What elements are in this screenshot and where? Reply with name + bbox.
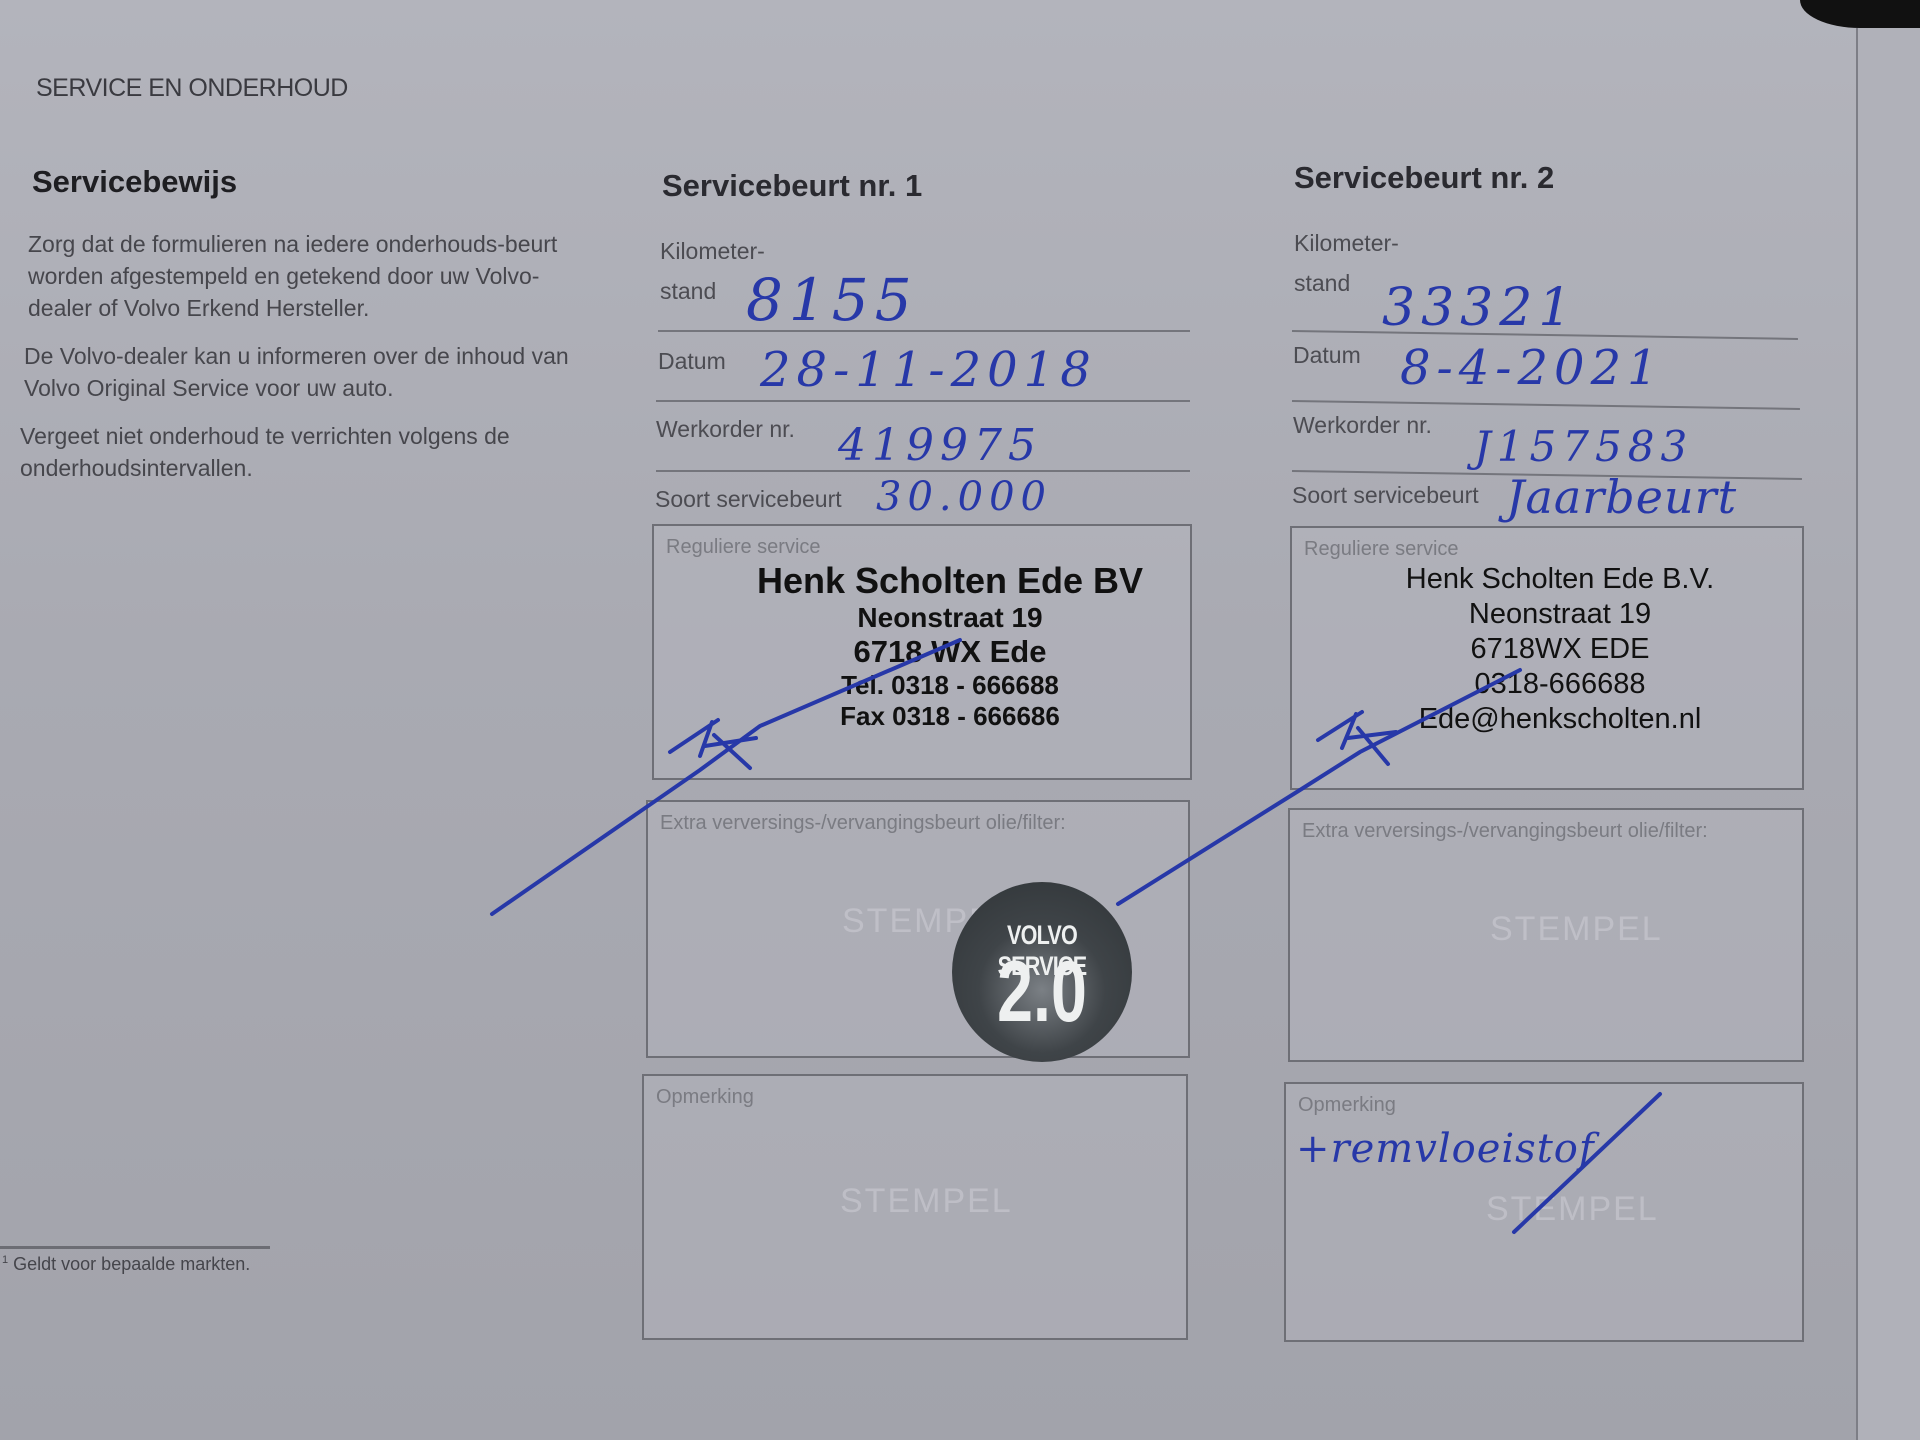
service-2-date[interactable]: 8-4-2021: [1400, 340, 1664, 396]
intro-title: Servicebewijs: [32, 164, 237, 200]
regular-service-label: Reguliere service: [666, 536, 821, 559]
service-2-km-label-1: Kilometer-: [1294, 230, 1399, 257]
service-2-mileage[interactable]: 33321: [1382, 278, 1577, 338]
service-1-dealer-stamp: Henk Scholten Ede BV Neonstraat 19 6718 …: [700, 560, 1200, 732]
service-2-workorder[interactable]: J157583: [1474, 422, 1693, 471]
dealer-email: Ede@henkscholten.nl: [1310, 702, 1810, 737]
dealer-city: 6718 WX Ede: [700, 634, 1200, 670]
footnote-divider: [0, 1246, 270, 1249]
badge-line-2: 2.0: [975, 944, 1110, 1040]
intro-paragraph-2: De Volvo-dealer kan u informeren over de…: [24, 340, 594, 404]
regular-service-label: Reguliere service: [1304, 538, 1459, 561]
service-1-mileage[interactable]: 8155: [746, 266, 918, 334]
service-2-remark[interactable]: +remvloeistof: [1296, 1126, 1595, 1172]
service-2-date-label: Datum: [1293, 342, 1361, 369]
dealer-phone: Tel. 0318 - 666688: [700, 670, 1200, 701]
stamp-placeholder: STEMPEL: [1490, 910, 1663, 949]
footnote: 1 Geldt voor bepaalde markten.: [2, 1254, 250, 1275]
service-1-workorder[interactable]: 419975: [838, 420, 1042, 471]
service-2-remark-box[interactable]: Opmerking STEMPEL: [1284, 1082, 1804, 1342]
volvo-service-badge: VOLVO SERVICE 2.0: [952, 882, 1132, 1062]
dealer-city: 6718WX EDE: [1310, 632, 1810, 667]
service-1-km-label-1: Kilometer-: [660, 238, 765, 265]
section-header: SERVICE EN ONDERHOUD: [36, 74, 348, 103]
service-2-extra-box[interactable]: Extra verversings-/vervangingsbeurt olie…: [1288, 808, 1804, 1062]
remark-label: Opmerking: [1298, 1094, 1396, 1117]
service-2-km-label-2: stand: [1294, 270, 1350, 297]
footnote-text: Geldt voor bepaalde markten.: [13, 1254, 250, 1274]
dealer-fax: Fax 0318 - 666686: [700, 701, 1200, 732]
dealer-street: Neonstraat 19: [1310, 597, 1810, 632]
stamp-placeholder: STEMPEL: [1486, 1190, 1659, 1229]
service-1-workorder-label: Werkorder nr.: [656, 416, 795, 443]
service-2-dealer-stamp: Henk Scholten Ede B.V. Neonstraat 19 671…: [1310, 562, 1810, 737]
service-2-type-label: Soort servicebeurt: [1292, 482, 1479, 509]
service-2-title: Servicebeurt nr. 2: [1294, 160, 1554, 196]
divider: [656, 400, 1190, 402]
dealer-name: Henk Scholten Ede BV: [700, 560, 1200, 602]
service-2-workorder-label: Werkorder nr.: [1293, 412, 1432, 439]
service-2-type[interactable]: Jaarbeurt: [1506, 470, 1737, 524]
divider: [658, 330, 1190, 332]
dealer-name: Henk Scholten Ede B.V.: [1310, 562, 1810, 597]
intro-paragraph-1: Zorg dat de formulieren na iedere onderh…: [28, 228, 598, 324]
service-1-type[interactable]: 30.000: [876, 474, 1052, 520]
next-page-edge: [1856, 28, 1920, 1440]
service-1-title: Servicebeurt nr. 1: [662, 168, 922, 204]
divider: [1292, 400, 1800, 410]
divider: [656, 470, 1190, 472]
service-1-type-label: Soort servicebeurt: [655, 486, 842, 513]
intro-paragraph-3: Vergeet niet onderhoud te verrichten vol…: [20, 420, 590, 484]
service-1-km-label-2: stand: [660, 278, 716, 305]
service-1-date[interactable]: 28-11-2018: [760, 342, 1097, 398]
dealer-phone: 0318-666688: [1310, 667, 1810, 702]
background-edge: [1800, 0, 1920, 28]
extra-service-label: Extra verversings-/vervangingsbeurt olie…: [1302, 820, 1708, 843]
service-1-remark-box[interactable]: Opmerking STEMPEL: [642, 1074, 1188, 1340]
footnote-marker: 1: [2, 1254, 8, 1266]
dealer-street: Neonstraat 19: [700, 602, 1200, 634]
extra-service-label: Extra verversings-/vervangingsbeurt olie…: [660, 812, 1066, 835]
stamp-placeholder: STEMPEL: [840, 1182, 1013, 1221]
remark-label: Opmerking: [656, 1086, 754, 1109]
service-1-date-label: Datum: [658, 348, 726, 375]
